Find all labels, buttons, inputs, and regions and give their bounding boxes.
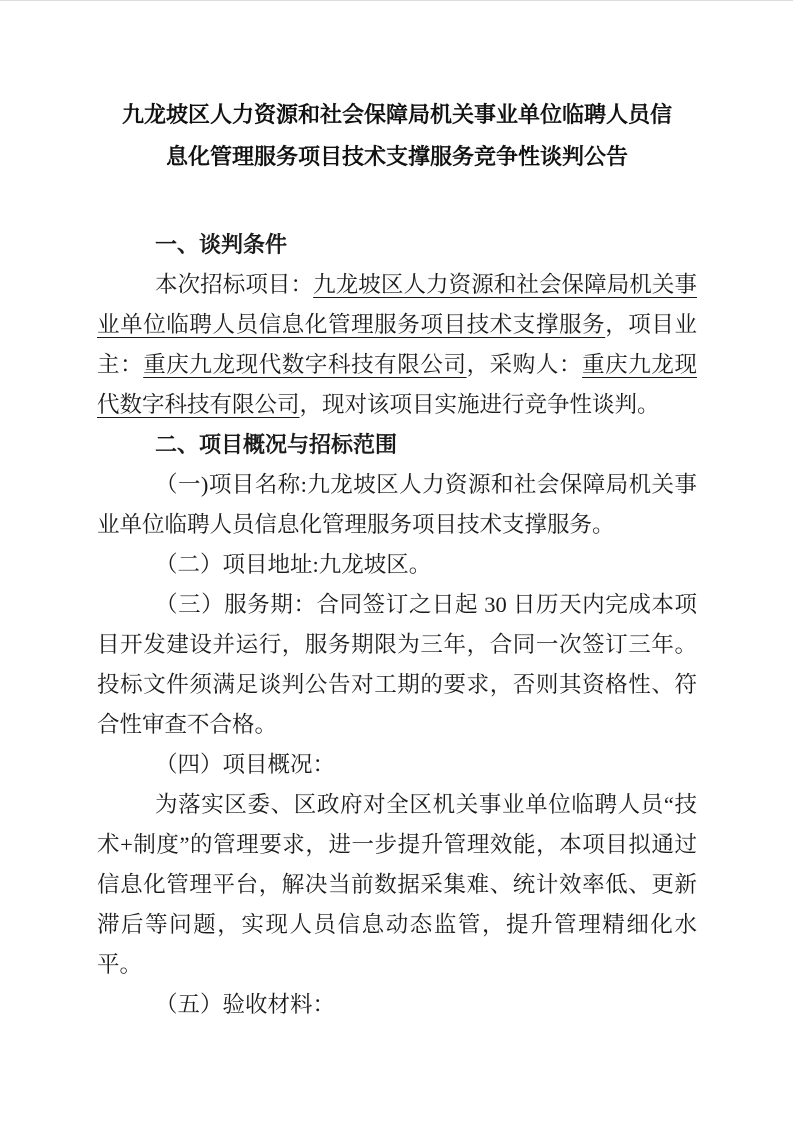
paragraph: （五）验收材料：: [97, 985, 697, 1025]
text-run: 为落实区委、区政府对全区机关事业单位临聘人员“技术+制度”的管理要求，进一步提升…: [97, 792, 697, 977]
text-run: （五）验收材料：: [155, 992, 335, 1017]
document-content: 九龙坡区人力资源和社会保障局机关事业单位临聘人员信 息化管理服务项目技术支撑服务…: [97, 94, 697, 1025]
text-run: 二、项目概况与招标范围: [155, 432, 397, 457]
paragraph: （三）服务期：合同签订之日起 30 日历天内完成本项目开发建设并运行，服务期限为…: [97, 585, 697, 745]
document-title: 九龙坡区人力资源和社会保障局机关事业单位临聘人员信 息化管理服务项目技术支撑服务…: [97, 94, 697, 178]
section-heading: 一、谈判条件: [97, 225, 697, 265]
section-heading: 二、项目概况与招标范围: [97, 425, 697, 465]
text-run: （二）项目地址:九龙坡区。: [155, 552, 431, 577]
paragraph: 本次招标项目：九龙坡区人力资源和社会保障局机关事业单位临聘人员信息化管理服务项目…: [97, 265, 697, 425]
text-run: 一、谈判条件: [155, 232, 287, 257]
text-run: （四）项目概况：: [155, 752, 335, 777]
document-body: 一、谈判条件本次招标项目：九龙坡区人力资源和社会保障局机关事业单位临聘人员信息化…: [97, 225, 697, 1025]
paragraph: 为落实区委、区政府对全区机关事业单位临聘人员“技术+制度”的管理要求，进一步提升…: [97, 785, 697, 985]
paragraph: （一)项目名称:九龙坡区人力资源和社会保障局机关事业单位临聘人员信息化管理服务项…: [97, 465, 697, 545]
text-run: （三）服务期：合同签订之日起 30 日历天内完成本项目开发建设并运行，服务期限为…: [97, 592, 697, 737]
document-page: 九龙坡区人力资源和社会保障局机关事业单位临聘人员信 息化管理服务项目技术支撑服务…: [0, 0, 793, 1122]
title-line-2: 息化管理服务项目技术支撑服务竞争性谈判公告: [97, 136, 697, 178]
text-run: ，现对该项目实施进行竞争性谈判。: [300, 392, 660, 417]
text-run: （一)项目名称:九龙坡区人力资源和社会保障局机关事业单位临聘人员信息化管理服务项…: [97, 472, 697, 537]
text-run: 本次招标项目：: [155, 272, 313, 297]
paragraph: （四）项目概况：: [97, 745, 697, 785]
title-line-1: 九龙坡区人力资源和社会保障局机关事业单位临聘人员信: [97, 94, 697, 136]
paragraph: （二）项目地址:九龙坡区。: [97, 545, 697, 585]
underlined-text: 重庆九龙现代数字科技有限公司: [143, 352, 466, 377]
text-run: ，采购人：: [467, 352, 583, 377]
